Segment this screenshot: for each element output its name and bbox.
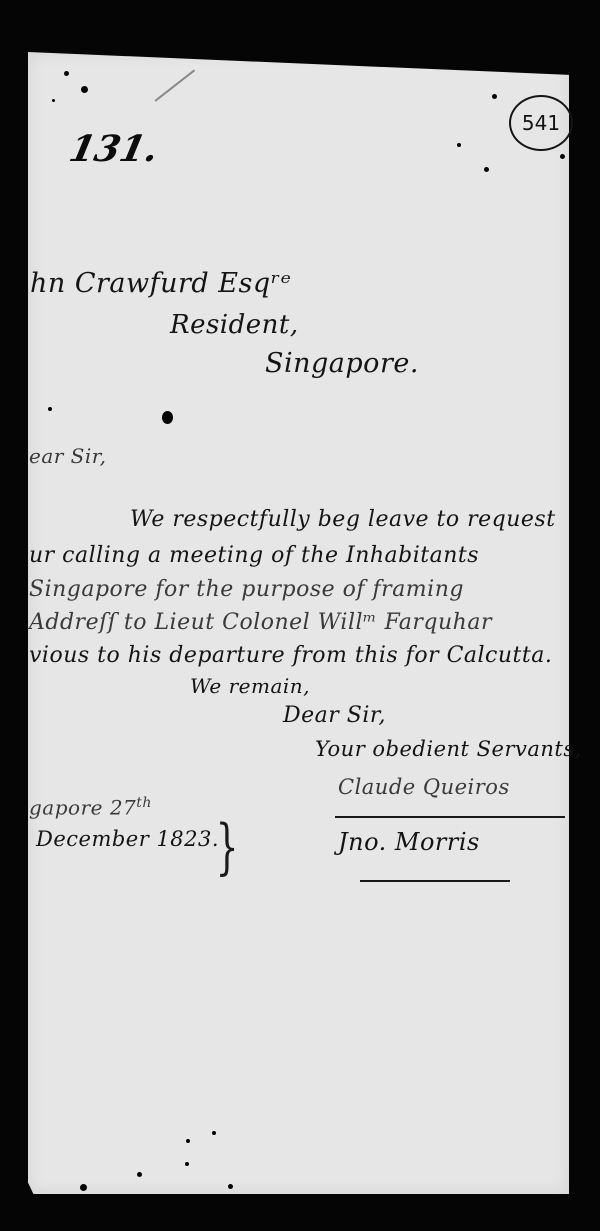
body-line-3: Singapore for the purpose of framing xyxy=(29,577,464,602)
ink-spot xyxy=(48,407,52,411)
archive-stamp: 541 xyxy=(509,95,573,151)
addressee-title: Resident, xyxy=(170,310,299,340)
ink-spot xyxy=(228,1184,233,1189)
place-line: gapore 27th xyxy=(29,795,152,820)
ink-spot xyxy=(212,1131,216,1135)
date-line: December 1823. xyxy=(36,827,219,851)
signature-1: Claude Queiros xyxy=(338,775,510,799)
ink-spot xyxy=(81,86,88,93)
ink-spot xyxy=(162,411,173,424)
salutation: ear Sir, xyxy=(29,444,107,468)
folio-number: 131. xyxy=(66,128,163,170)
signature-2: Jno. Morris xyxy=(338,828,480,856)
place-text: gapore 27 xyxy=(29,796,136,820)
body-line-4: Addreſſ to Lieut Colonel Willᵐ Farquhar xyxy=(29,610,492,635)
ink-spot xyxy=(185,1162,189,1166)
ink-spot xyxy=(186,1139,190,1143)
date-superscript: th xyxy=(136,795,152,811)
addressee-place: Singapore. xyxy=(265,348,419,379)
signature-1-underline xyxy=(335,816,565,818)
ink-spot xyxy=(137,1172,142,1177)
body-line-5: vious to his departure from this for Cal… xyxy=(29,643,552,668)
closing-obedient-servants: Your obedient Servants, xyxy=(315,737,582,761)
ink-spot xyxy=(64,71,69,76)
ink-spot xyxy=(560,154,565,159)
closing-we-remain: We remain, xyxy=(190,674,310,698)
body-line-1: We respectfully beg leave to request xyxy=(130,507,556,532)
signature-2-flourish xyxy=(360,880,510,882)
ink-spot xyxy=(80,1184,87,1191)
closing-dear-sir: Dear Sir, xyxy=(283,703,386,728)
body-line-2: ur calling a meeting of the Inhabitants xyxy=(29,543,479,568)
ink-spot xyxy=(457,143,461,147)
ink-spot xyxy=(52,99,55,102)
brace-mark: } xyxy=(216,812,239,882)
ink-spot xyxy=(484,167,489,172)
ink-spot xyxy=(492,94,497,99)
addressee-name: hn Crawfurd Esqʳᵉ xyxy=(30,268,291,299)
archive-stamp-number: 541 xyxy=(522,111,560,135)
